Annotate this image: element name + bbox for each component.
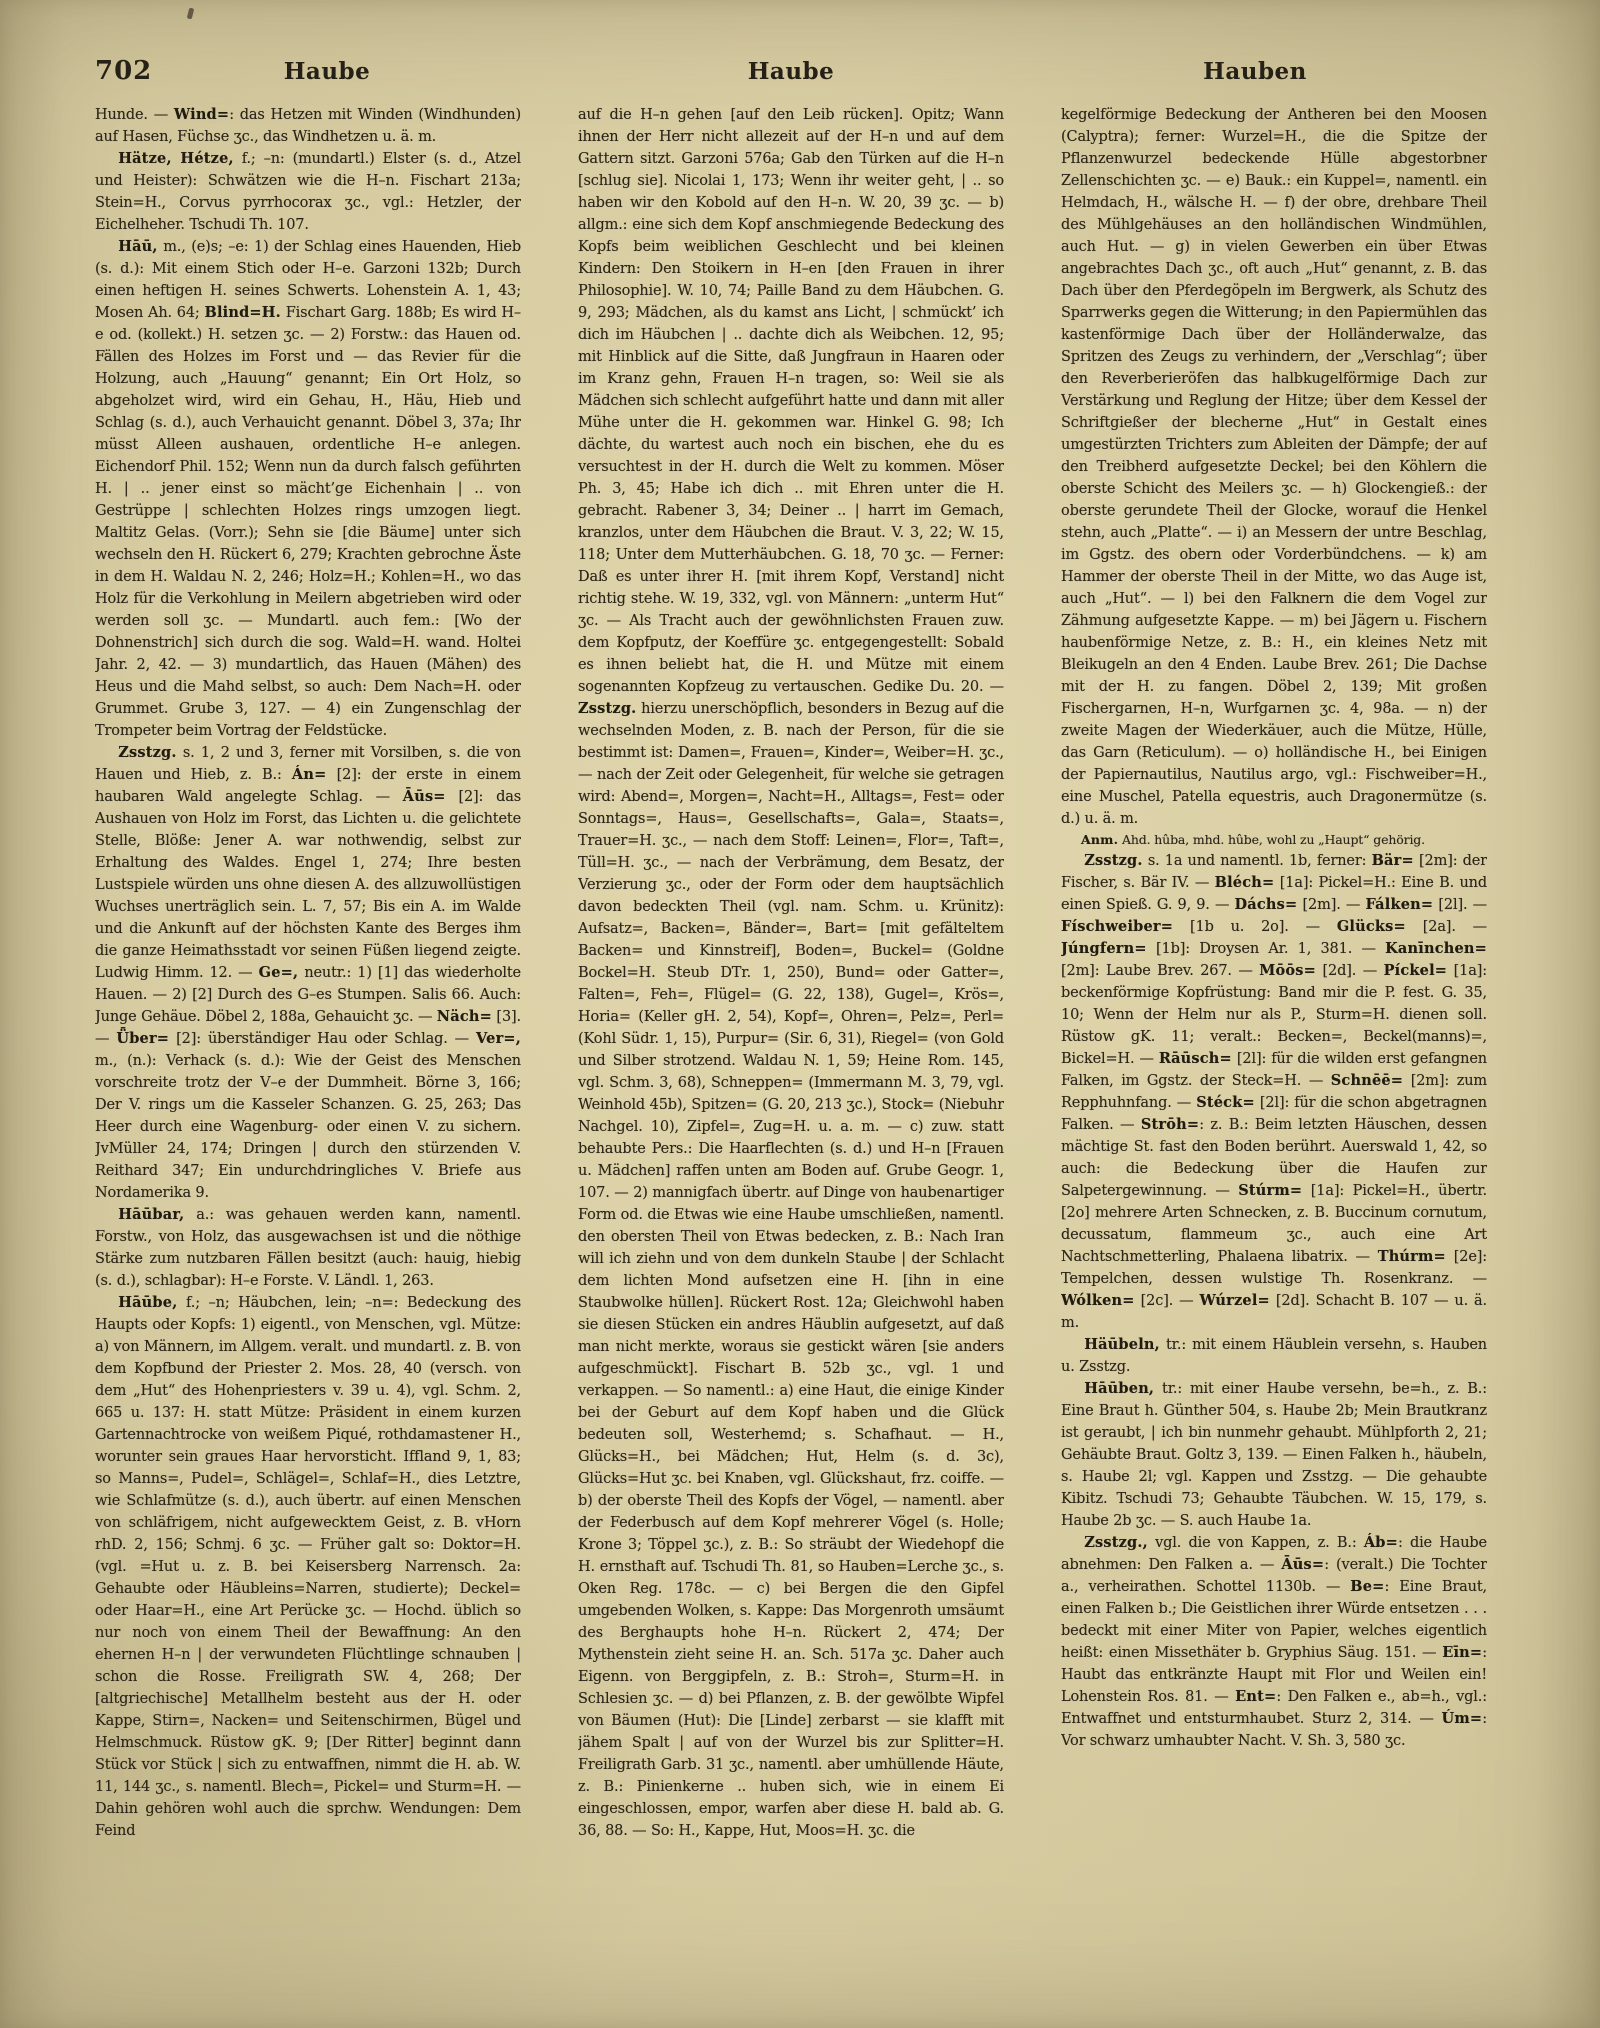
- headword: Wólken=: [1061, 1292, 1135, 1309]
- headword: Píckel=: [1384, 962, 1448, 979]
- headword: Wúrzel=: [1200, 1292, 1270, 1309]
- headword: Thúrm=: [1378, 1248, 1446, 1265]
- headword: Hāū,: [118, 238, 158, 255]
- headword: Dáchs=: [1235, 896, 1298, 913]
- headword: Zsstzg.: [578, 700, 636, 717]
- body-text: [1b u. 2o]. —: [1173, 919, 1337, 935]
- running-header: Haube Haube Hauben: [95, 58, 1487, 92]
- headword: Zsstzg.: [1084, 852, 1142, 869]
- body-text: Fischart Garg. 188b; Es wird H–e od. (ko…: [95, 305, 521, 739]
- headword: Schnēē=: [1331, 1072, 1403, 1089]
- body-text: Hunde. —: [95, 107, 174, 123]
- dictionary-paragraph: Häūbeln, tr.: mit einem Häublein versehn…: [1061, 1334, 1487, 1378]
- headword: Āūs=: [403, 788, 446, 805]
- body-text: Ahd. hûba, mhd. hûbe, wohl zu „Haupt“ ge…: [1118, 832, 1425, 847]
- column-1: Hunde. — Wind=: das Hetzen mit Winden (W…: [95, 104, 521, 1949]
- headword: Häūbeln,: [1084, 1336, 1160, 1353]
- body-text: [2m]: Laube Brev. 267. —: [1061, 963, 1259, 979]
- headword: Ǖber=: [116, 1030, 169, 1047]
- dictionary-paragraph: Hāūbar, a.: was gehauen werden kann, nam…: [95, 1204, 521, 1292]
- body-text: [2a]. —: [1406, 919, 1487, 935]
- body-text: [2]: überständiger Hau oder Schlag. —: [169, 1031, 476, 1047]
- body-text: kegelförmige Bedeckung der Antheren bei …: [1061, 107, 1487, 827]
- headword: Blind=H.: [204, 304, 280, 321]
- headword: Strōh=: [1141, 1116, 1199, 1133]
- dictionary-paragraph: auf die H–n gehen [auf den Leib rücken].…: [578, 104, 1004, 1842]
- body-text: [1b]: Droysen Ar. 1, 381. —: [1147, 941, 1385, 957]
- headword: Úm=: [1442, 1710, 1483, 1727]
- headword: Wind=: [174, 106, 229, 123]
- body-text: vgl. die von Kappen, z. B.:: [1148, 1535, 1364, 1551]
- headword: Anm.: [1081, 832, 1118, 847]
- headword: Áb=: [1364, 1534, 1398, 1551]
- headword: Bär=: [1372, 852, 1414, 869]
- headword: Físchweiber=: [1061, 918, 1173, 935]
- dictionary-paragraph: Zsstzg., vgl. die von Kappen, z. B.: Áb=…: [1061, 1532, 1487, 1752]
- headword: Mōōs=: [1259, 962, 1316, 979]
- headword: Rāūsch=: [1159, 1050, 1232, 1067]
- headword: Āūs=: [1281, 1556, 1324, 1573]
- body-text: [2d]. —: [1316, 963, 1384, 979]
- scanned-dictionary-page: 702 Haube Haube Hauben Hunde. — Wind=: d…: [0, 0, 1600, 2028]
- headword: Án=: [292, 766, 327, 783]
- headword: Ge=,: [259, 964, 299, 981]
- headword: Eīn=: [1442, 1644, 1482, 1661]
- headword: Ver=,: [476, 1030, 521, 1047]
- text-columns: Hunde. — Wind=: das Hetzen mit Winden (W…: [95, 104, 1487, 1949]
- body-text: [2m]. —: [1297, 897, 1365, 913]
- headword: Hätze, Hétze,: [118, 150, 234, 167]
- headword: Júngfern=: [1061, 940, 1147, 957]
- headword: Glücks=: [1337, 918, 1406, 935]
- headword: Bléch=: [1215, 874, 1275, 891]
- column-3: kegelförmige Bedeckung der Antheren bei …: [1061, 104, 1487, 1949]
- headword: Ent=: [1235, 1688, 1276, 1705]
- headword: Kanīnchen=: [1385, 940, 1487, 957]
- dictionary-paragraph: kegelförmige Bedeckung der Antheren bei …: [1061, 104, 1487, 830]
- body-text: hierzu unerschöpflich, besonders in Bezu…: [578, 701, 1004, 1839]
- running-head-col1: Haube: [95, 58, 559, 92]
- body-text: [2c]. —: [1135, 1293, 1200, 1309]
- headword: Fálken=: [1365, 896, 1433, 913]
- body-text: s. 1a und namentl. 1b, ferner:: [1143, 853, 1372, 869]
- body-text: f.; –n; Häubchen, lein; –n=: Bedeckung d…: [95, 1295, 521, 1839]
- dictionary-paragraph: Hunde. — Wind=: das Hetzen mit Winden (W…: [95, 104, 521, 148]
- headword: Näch=: [437, 1008, 492, 1025]
- running-head-col2: Haube: [559, 58, 1023, 92]
- headword: Zsstzg.,: [1084, 1534, 1148, 1551]
- dictionary-paragraph: Hāūbe, f.; –n; Häubchen, lein; –n=: Bede…: [95, 1292, 521, 1842]
- headword: Hāūbar,: [118, 1206, 184, 1223]
- scan-artifact-speck: [187, 8, 195, 20]
- headword: Hāūben,: [1084, 1380, 1154, 1397]
- running-head-col3: Hauben: [1023, 58, 1487, 92]
- dictionary-paragraph: Hāū, m., (e)s; –e: 1) der Schlag eines H…: [95, 236, 521, 742]
- body-text: [2]: das Aushauen von Holz im Forst, das…: [95, 789, 521, 981]
- headword: Zsstzg.: [118, 744, 176, 761]
- body-text: tr.: mit einer Haube versehn, be=h., z. …: [1061, 1381, 1487, 1529]
- dictionary-paragraph: Hätze, Hétze, f.; –n: (mundartl.) Elster…: [95, 148, 521, 236]
- dictionary-paragraph: Anm. Ahd. hûba, mhd. hûbe, wohl zu „Haup…: [1061, 830, 1487, 850]
- headword: Be=: [1350, 1578, 1384, 1595]
- body-text: m., (n.): Verhack (s. d.): Wie der Geist…: [95, 1053, 521, 1201]
- dictionary-paragraph: Zsstzg. s. 1a und namentl. 1b, ferner: B…: [1061, 850, 1487, 1334]
- dictionary-paragraph: Zsstzg. s. 1, 2 und 3, ferner mit Vorsil…: [95, 742, 521, 1204]
- column-2: auf die H–n gehen [auf den Leib rücken].…: [578, 104, 1004, 1949]
- headword: Stéck=: [1196, 1094, 1255, 1111]
- body-text: auf die H–n gehen [auf den Leib rücken].…: [578, 107, 1004, 695]
- dictionary-paragraph: Hāūben, tr.: mit einer Haube versehn, be…: [1061, 1378, 1487, 1532]
- body-text: [2l]. —: [1433, 897, 1487, 913]
- headword: Hāūbe,: [118, 1294, 177, 1311]
- headword: Stúrm=: [1238, 1182, 1302, 1199]
